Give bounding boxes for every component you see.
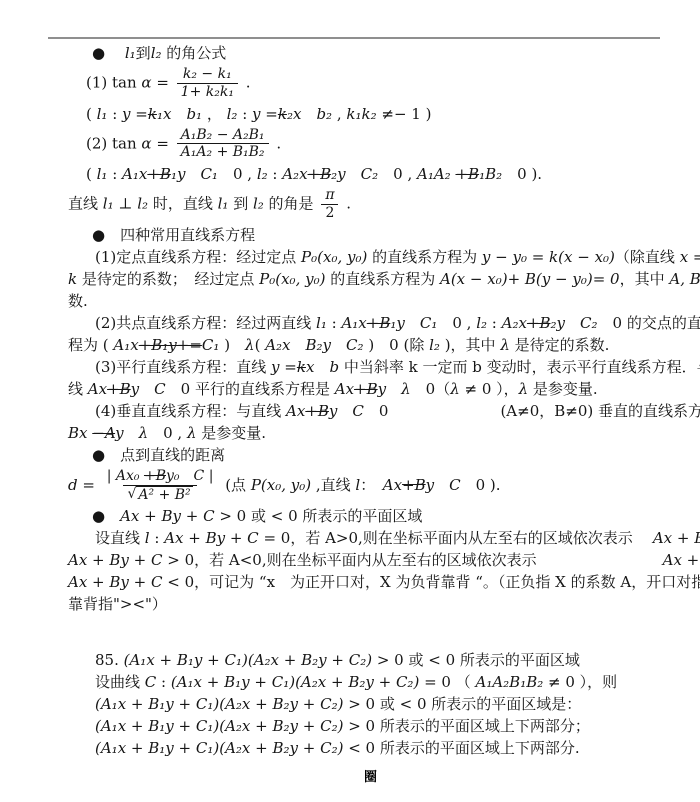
- overstrike-run: +B: [144, 468, 166, 484]
- doc-line: (A₁x + B₁y + C₁)(A₂x + B₂y + C₂) < 0 所表示…: [0, 737, 700, 759]
- math-run: l₁: [316, 314, 327, 332]
- math-run: Ax + By + C: [68, 551, 162, 569]
- doc-line: k 是待定的系数； 经过定点 P₀(x₀, y₀) 的直线系方程为 A(x − …: [0, 268, 700, 290]
- text-run: ●: [92, 507, 120, 525]
- math-run: Ax: [88, 380, 107, 398]
- math-run: A₁A₂ + B₁B₂: [181, 144, 265, 160]
- text-run: :: [237, 105, 252, 123]
- overstrike-run: k: [148, 105, 157, 123]
- doc-line: (A₁x + B₁y + C₁)(A₂x + B₂y + C₂) > 0 或 <…: [0, 693, 700, 715]
- text-run: 0 平行的直线系方程是: [166, 380, 335, 398]
- doc-line: 程为 ( A₁x+B₁y+=C₁ ) λ( A₂x B₂y C₂ ) 0 (除 …: [0, 334, 700, 356]
- text-run: 0 ).: [502, 165, 542, 183]
- text-run: 的直线系方程为: [325, 270, 440, 288]
- math-run: Ax + By + C: [120, 507, 214, 525]
- math-run: b: [329, 358, 339, 376]
- math-run: l₂: [137, 194, 148, 212]
- text-run: 是参变量.: [528, 380, 598, 398]
- text-run: [171, 105, 186, 123]
- math-run: C₂: [346, 336, 364, 354]
- text-run: (2)共点直线系方程：经过两直线: [95, 314, 316, 332]
- spacer: [633, 542, 653, 543]
- text-run: :: [327, 314, 342, 332]
- math-run: Ax + By + C: [68, 573, 162, 591]
- math-run: A, B: [669, 270, 700, 288]
- text-run: 0 ).: [461, 476, 501, 494]
- math-run: l₁: [103, 194, 114, 212]
- math-run: Ax: [335, 380, 354, 398]
- math-run: A₂x: [265, 336, 290, 354]
- math-run: C: [145, 673, 156, 691]
- math-run: y: [115, 424, 123, 442]
- sqrt-expression: √A² + B²: [127, 486, 192, 504]
- math-run: A₁x: [122, 165, 147, 183]
- text-run: :: [107, 165, 122, 183]
- fraction-denominator: A₁A₂ + B₁B₂: [177, 143, 269, 161]
- math-run: ₁x: [157, 105, 171, 123]
- math-run: ₁y: [171, 165, 186, 183]
- math-run: k: [68, 270, 77, 288]
- text-run: 的角公式: [162, 44, 227, 62]
- text-run: 0 的交点的直线系方: [598, 314, 700, 332]
- math-run: λ: [245, 336, 255, 354]
- fraction-numerator: k₂ − k₁: [179, 66, 236, 83]
- spacer: [537, 564, 663, 565]
- math-run: l₂: [257, 165, 268, 183]
- math-run: A₁x: [341, 314, 366, 332]
- math-run: d: [68, 476, 78, 494]
- text-run: 直线: [68, 194, 103, 212]
- text-run: [185, 165, 200, 183]
- doc-line: (1) tan α = k₂ − k₁1+ k₂k₁ .: [0, 66, 700, 101]
- math-run: Ax + By + C: [663, 551, 700, 569]
- text-run: 是待定的系数； 经过定点: [77, 270, 259, 288]
- fraction-numerator: A₁B₂ − A₂B₁: [177, 127, 269, 144]
- doc-line: ( l₁ : A₁x+B₁y C₁ 0 , l₂ : A₂x+B₂y C₂ 0 …: [0, 163, 700, 185]
- text-run: [346, 165, 361, 183]
- text-run: ): [219, 336, 245, 354]
- doc-line: 设曲线 C : (A₁x + B₁y + C₁)(A₂x + B₂y + C₂)…: [0, 671, 700, 693]
- document-body: ● l₁到l₂ 的角公式(1) tan α = k₂ − k₁1+ k₂k₁ .…: [0, 42, 700, 759]
- text-run: (: [86, 105, 97, 123]
- math-run: y − y₀ = k(x − x₀): [482, 248, 615, 266]
- text-run: ，: [202, 105, 227, 123]
- text-run: [301, 105, 316, 123]
- doc-line: (3)平行直线系方程：直线 y =kx b 中当斜率 k 一定而 b 变动时，表…: [0, 356, 700, 378]
- text-run: (3)平行直线系方程：直线: [95, 358, 271, 376]
- math-run: A₂x: [502, 314, 527, 332]
- text-run: 线: [68, 380, 88, 398]
- text-run: 到: [136, 44, 151, 62]
- doc-line: (2) tan α = A₁B₂ − A₂B₁A₁A₂ + B₁B₂ .: [0, 127, 700, 162]
- text-run: < 0 所表示的平面区域上下两部分.: [343, 739, 579, 757]
- text-run: 的角是: [264, 194, 319, 212]
- doc-line: 85. (A₁x + B₁y + C₁)(A₂x + B₂y + C₂) > 0…: [0, 649, 700, 671]
- text-run: [565, 314, 580, 332]
- doc-line: (4)垂直直线系方程：与直线 Ax+By C 0(A≠0，B≠0) 垂直的直线系…: [0, 400, 700, 422]
- math-run: C: [449, 476, 460, 494]
- text-run: 2: [325, 205, 334, 221]
- fraction: | Ax₀ +By₀ C |√A² + B²: [103, 468, 218, 504]
- text-run: [124, 424, 139, 442]
- text-run: |: [107, 468, 116, 484]
- text-run: = 0 （: [419, 673, 475, 691]
- text-run: > 0 或 < 0 所表示的平面区域是：: [343, 695, 581, 713]
- text-run: 到: [228, 194, 253, 212]
- math-run: y: [252, 105, 260, 123]
- text-run: :: [107, 105, 122, 123]
- math-run: Ax: [383, 476, 402, 494]
- math-run: y: [131, 380, 139, 398]
- math-run: B₂y: [306, 336, 332, 354]
- math-run: π: [325, 187, 334, 203]
- text-run: )，其中: [440, 336, 500, 354]
- text-run: 是参变量.: [196, 424, 266, 442]
- math-run: A₁B₂ − A₂B₁: [181, 127, 265, 143]
- text-run: （除直线: [615, 248, 680, 266]
- math-run: Bx: [68, 424, 87, 442]
- text-run: :: [487, 314, 502, 332]
- text-run: .: [342, 194, 352, 212]
- text-run: 0 ,: [148, 424, 187, 442]
- text-run: [180, 468, 194, 484]
- text-run: > 0 或 < 0 所表示的平面区域: [215, 507, 423, 525]
- text-run: |: [204, 468, 213, 484]
- math-run: A₁A₂B₁B₂: [475, 673, 543, 691]
- math-run: (A₁x + B₁y + C₁)(A₂x + B₂y + C₂): [95, 717, 343, 735]
- doc-line: ● Ax + By + C > 0 或 < 0 所表示的平面区域: [0, 505, 700, 527]
- overstrike-run: +B₁y+=: [139, 336, 202, 354]
- math-run: l₁: [97, 105, 108, 123]
- text-run: [434, 476, 449, 494]
- text-run: =: [78, 476, 100, 494]
- doc-line: 数.: [0, 290, 700, 312]
- text-run: (4)垂直直线系方程：与直线: [95, 402, 286, 420]
- math-run: (A₁x + B₁y + C₁)(A₂x + B₂y + C₂): [95, 695, 343, 713]
- math-run: A₁x: [113, 336, 138, 354]
- text-run: > 0 或 < 0 所表示的平面区域: [372, 651, 580, 669]
- text-run: 85.: [95, 651, 124, 669]
- overstrike-run: −A: [92, 424, 115, 442]
- text-run: :: [150, 529, 165, 547]
- math-run: l₂: [151, 44, 162, 62]
- text-run: ⊥: [114, 194, 138, 212]
- fraction-denominator: √A² + B²: [123, 485, 196, 504]
- math-run: b₂: [316, 105, 332, 123]
- spacer: [388, 415, 500, 416]
- math-run: C: [352, 402, 363, 420]
- text-run: > 0 所表示的平面区域上下两部分；: [343, 717, 589, 735]
- math-run: ₁y: [390, 314, 405, 332]
- overstrike-run: +B: [305, 402, 329, 420]
- text-run: ≠ 0 ），则: [543, 673, 617, 691]
- math-run: A₂x: [282, 165, 307, 183]
- doc-line: Ax + By + C < 0，可记为 “x 为正开口对，X 为负背靠背 “。（…: [0, 571, 700, 593]
- math-run: b₁: [186, 105, 202, 123]
- text-run: ，其中: [620, 270, 670, 288]
- math-run: ₂y: [551, 314, 566, 332]
- text-run: 是待定的系数.: [510, 336, 610, 354]
- text-run: 数.: [68, 292, 88, 310]
- text-run: [337, 402, 352, 420]
- text-run: ,: [332, 105, 346, 123]
- math-run: C₁: [420, 314, 438, 332]
- math-run: l₁: [125, 44, 136, 62]
- document-page: ● l₁到l₂ 的角公式(1) tan α = k₂ − k₁1+ k₂k₁ .…: [0, 0, 700, 802]
- fraction-numerator: | Ax₀ +By₀ C |: [103, 468, 218, 485]
- math-run: l₁: [218, 194, 229, 212]
- text-run: =: [280, 358, 297, 376]
- page-footer-glyph: 圈: [364, 766, 377, 785]
- text-run: ,直线: [311, 476, 355, 494]
- doc-line: ● 四种常用直线系方程: [0, 224, 700, 246]
- math-run: l₂: [476, 314, 487, 332]
- text-run: =: [152, 73, 174, 91]
- fraction: π2: [321, 187, 338, 222]
- text-run: ● 四种常用直线系方程: [92, 226, 255, 244]
- text-run: 时，直线: [148, 194, 218, 212]
- text-run: [405, 314, 420, 332]
- math-run: C₁: [200, 165, 218, 183]
- doc-line: ● 点到直线的距离: [0, 444, 700, 466]
- text-run: ≠− 1 ): [377, 105, 432, 123]
- fraction-denominator: 1+ k₂k₁: [177, 83, 238, 101]
- text-run: [331, 336, 346, 354]
- text-run: =: [131, 105, 148, 123]
- text-run: > 0，若 A<0,则在坐标平面内从左至右的区域依次表示: [162, 551, 536, 569]
- math-run: y₀: [166, 468, 180, 484]
- overstrike-run: +B: [402, 476, 426, 494]
- math-run: A₁A₂: [417, 165, 451, 183]
- doc-line: ( l₁ : y =k₁x b₁ ， l₂ : y =k₂x b₂ , k₁k₂…: [0, 103, 700, 125]
- math-run: y: [122, 105, 130, 123]
- text-run: 0 ,: [378, 165, 417, 183]
- text-run: ：: [360, 476, 383, 494]
- text-run: [314, 358, 329, 376]
- text-run: .: [272, 134, 282, 152]
- math-run: λ: [500, 336, 510, 354]
- math-run: y: [426, 476, 434, 494]
- text-run: ) 0 (除: [364, 336, 430, 354]
- text-run: 中当斜率 k 一定而 b 变动时，表示平行直线系方程．与直: [339, 358, 700, 376]
- text-run: (: [86, 165, 97, 183]
- text-run: 程为 (: [68, 336, 113, 354]
- overstrike-run: +B: [308, 165, 332, 183]
- fraction: A₁B₂ − A₂B₁A₁A₂ + B₁B₂: [177, 127, 269, 162]
- text-run: [291, 336, 306, 354]
- overstrike-run: +B: [455, 165, 479, 183]
- overstrike-run: k: [297, 358, 306, 376]
- doc-line: 设直线 l : Ax + By + C = 0，若 A>0,则在坐标平面内从左至…: [0, 527, 700, 549]
- text-run: (点: [220, 476, 250, 494]
- overstrike-run: +B: [354, 380, 378, 398]
- math-run: y: [271, 358, 279, 376]
- math-run: P₀(x₀, y₀): [301, 248, 367, 266]
- math-run: α: [141, 134, 151, 152]
- text-run: = 0，若 A>0,则在坐标平面内从左至右的区域依次表示: [259, 529, 633, 547]
- math-run: λ: [139, 424, 149, 442]
- math-run: y: [378, 380, 386, 398]
- text-run: ●: [92, 44, 125, 62]
- page-top-border: [48, 37, 660, 39]
- math-run: Ax₀: [116, 468, 140, 484]
- math-run: C₁: [202, 336, 220, 354]
- text-run: (2) tan: [86, 134, 141, 152]
- math-run: Ax: [286, 402, 305, 420]
- text-run: ≠ 0 ），: [460, 380, 519, 398]
- math-run: ₂y: [331, 165, 346, 183]
- math-run: l₁: [97, 165, 108, 183]
- text-run: (1)定点直线系方程：经过定点: [95, 248, 301, 266]
- text-run: 0 ,: [218, 165, 257, 183]
- text-run: =: [152, 134, 174, 152]
- math-run: (A₁x + B₁y + C₁)(A₂x + B₂y + C₂): [124, 651, 372, 669]
- text-run: [139, 380, 154, 398]
- math-run: k₂ − k₁: [183, 66, 232, 82]
- math-run: P(x₀, y₀): [251, 476, 311, 494]
- math-run: Ax + By + C: [653, 529, 700, 547]
- radicand: A² + B²: [136, 486, 192, 504]
- overstrike-run: k: [278, 105, 287, 123]
- overstrike-run: +B: [367, 314, 391, 332]
- math-run: ₂x: [287, 105, 301, 123]
- math-run: λ: [450, 380, 460, 398]
- overstrike-run: +B: [527, 314, 551, 332]
- math-run: C: [154, 380, 165, 398]
- text-run: :: [156, 673, 171, 691]
- text-run: :: [268, 165, 283, 183]
- text-run: .: [241, 73, 251, 91]
- fraction: k₂ − k₁1+ k₂k₁: [177, 66, 238, 101]
- text-run: (A≠0，B≠0) 垂直的直线系方程是: [500, 402, 700, 420]
- doc-line: (1)定点直线系方程：经过定点 P₀(x₀, y₀) 的直线系方程为 y − y…: [0, 246, 700, 268]
- math-run: l₂: [429, 336, 440, 354]
- text-run: (: [255, 336, 266, 354]
- math-run: ₁B₂: [479, 165, 502, 183]
- math-run: λ: [401, 380, 411, 398]
- math-run: C₂: [580, 314, 598, 332]
- overstrike-run: +B: [147, 165, 171, 183]
- text-run: 0（: [411, 380, 451, 398]
- math-run: α: [141, 73, 151, 91]
- doc-line: ● l₁到l₂ 的角公式: [0, 42, 700, 64]
- doc-line: 线 Ax+By C 0 平行的直线系方程是 Ax+By λ 0（λ ≠ 0 ），…: [0, 378, 700, 400]
- math-run: l₂: [253, 194, 264, 212]
- math-run: (A₁x + B₁y + C₁)(A₂x + B₂y + C₂): [171, 673, 419, 691]
- radical-sign: √: [127, 486, 136, 503]
- text-run: 设曲线: [95, 673, 145, 691]
- math-run: Ax + By + C: [164, 529, 258, 547]
- math-run: k₁k₂: [346, 105, 376, 123]
- fraction-numerator: π: [321, 187, 338, 204]
- text-run: 靠背指"><"）: [68, 595, 167, 613]
- text-run: =: [261, 105, 278, 123]
- math-run: C: [194, 468, 205, 484]
- text-run: < 0，可记为 “x 为正开口对，X 为负背靠背 “。（正负指 X 的系数 A，…: [162, 573, 700, 591]
- overstrike-run: +B: [107, 380, 131, 398]
- text-run: 0: [364, 402, 389, 420]
- text-run: [386, 380, 401, 398]
- math-run: λ: [519, 380, 529, 398]
- doc-line: 直线 l₁ ⊥ l₂ 时，直线 l₁ 到 l₂ 的角是 π2 .: [0, 187, 700, 222]
- math-run: C₂: [361, 165, 379, 183]
- math-run: x = x₀: [680, 248, 700, 266]
- fraction-denominator: 2: [321, 204, 338, 222]
- math-run: l₂: [227, 105, 238, 123]
- text-run: 设直线: [95, 529, 145, 547]
- math-run: (A₁x + B₁y + C₁)(A₂x + B₂y + C₂): [95, 739, 343, 757]
- math-run: A(x − x₀)+ B(y − y₀)= 0: [440, 270, 620, 288]
- text-run: 的直线系方程为: [367, 248, 482, 266]
- math-run: 1+ k₂k₁: [181, 84, 234, 100]
- doc-line: d = | Ax₀ +By₀ C |√A² + B² (点 P(x₀, y₀) …: [0, 468, 700, 504]
- doc-line: (2)共点直线系方程：经过两直线 l₁ : A₁x+B₁y C₁ 0 , l₂ …: [0, 312, 700, 334]
- doc-line: 靠背指"><"）: [0, 593, 700, 615]
- text-run: (1) tan: [86, 73, 141, 91]
- doc-line: (A₁x + B₁y + C₁)(A₂x + B₂y + C₂) > 0 所表示…: [0, 715, 700, 737]
- text-run: ● 点到直线的距离: [92, 446, 225, 464]
- math-run: P₀(x₀, y₀): [259, 270, 325, 288]
- doc-line: Ax + By + C > 0，若 A<0,则在坐标平面内从左至右的区域依次表示…: [0, 549, 700, 571]
- doc-line: Bx −Ay λ 0 , λ 是参变量.: [0, 422, 700, 444]
- text-run: 0 ,: [437, 314, 476, 332]
